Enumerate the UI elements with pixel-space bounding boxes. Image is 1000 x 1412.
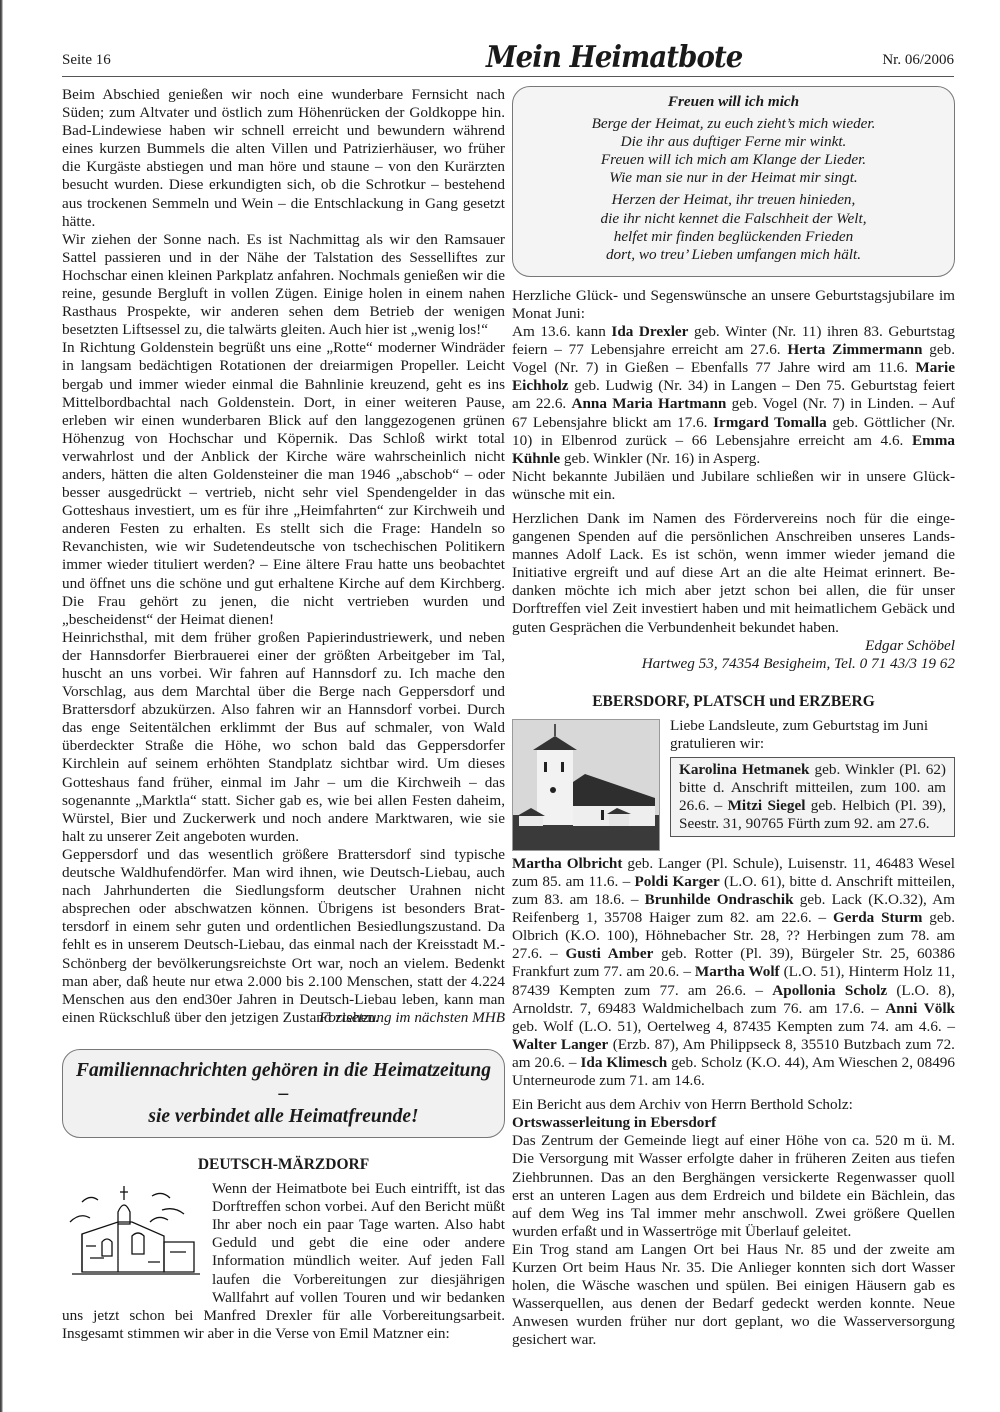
poem-line: helfet mir finden beglückenden Frieden bbox=[523, 228, 944, 246]
poem-box: Freuen will ich mich Berge der Heimat, z… bbox=[512, 86, 955, 277]
article-paragraph: Wir ziehen der Sonne nach. Es ist Nachmi… bbox=[62, 231, 505, 340]
person-name: Walter Langer bbox=[512, 1036, 608, 1053]
poem-stanza: Berge der Heimat, zu euch zieht’s mich w… bbox=[523, 115, 944, 187]
page-header: Seite 16 Mein Heimatbote Nr. 06/2006 bbox=[62, 48, 954, 77]
issue-number: Nr. 06/2006 bbox=[882, 52, 954, 69]
birthday-outro: Nicht bekannte Jubiläen und Jubilare sch… bbox=[512, 468, 955, 504]
person-name: Martha Wolf bbox=[695, 963, 780, 980]
masthead-logo: Mein Heimatbote bbox=[486, 40, 742, 75]
text: geb. Wolf (L.O. 51), Oertelweg 4, 87435 … bbox=[512, 1018, 955, 1035]
person-name: Poldi Karger bbox=[634, 873, 719, 890]
text: Am 13.6. kann bbox=[512, 323, 611, 340]
thanks-paragraph: Herzlichen Dank im Namen des Förderverei… bbox=[512, 510, 955, 637]
poem-stanza: Herzen der Heimat, ihr treuen hinieden, … bbox=[523, 191, 944, 263]
person-name: Gusti Amber bbox=[565, 945, 653, 962]
person-name: Anna Maria Hartmann bbox=[572, 395, 727, 412]
poem-line: Wie man sie nur in der Heimat mir singt. bbox=[523, 169, 944, 187]
signature-address: Hartweg 53, 74354 Besigheim, Tel. 0 71 4… bbox=[512, 655, 955, 673]
person-name: Martha Olbricht bbox=[512, 855, 622, 872]
article-paragraph: In Richtung Goldenstein begrüßt uns eine… bbox=[62, 339, 505, 629]
person-name: Apollonia Scholz bbox=[772, 982, 887, 999]
banner-line: Familiennachrichten gehören in die Heima… bbox=[71, 1059, 496, 1105]
person-name: Ida Klimesch bbox=[580, 1054, 667, 1071]
page-number: Seite 16 bbox=[62, 52, 111, 69]
poem-line: Freuen will ich mich am Klange der Liede… bbox=[523, 151, 944, 169]
article-paragraph: Beim Abschied genießen wir noch eine wun… bbox=[62, 86, 505, 231]
birthday-list-ebersdorf: Martha Olbricht geb. Langer (Pl. Schule)… bbox=[512, 855, 955, 1090]
text: geb. Winkler (Nr. 16) in Asperg. bbox=[560, 450, 760, 467]
archive-title-text: Ortswasserleitung in Ebersdorf bbox=[512, 1114, 716, 1131]
person-name: Brunhilde Ondraschik bbox=[645, 891, 794, 908]
signature-name: Edgar Schöbel bbox=[512, 637, 955, 655]
person-name: Anni Völk bbox=[885, 1000, 955, 1017]
poem-line: dort, wo treu’ Lieben umfangen mich hält… bbox=[523, 246, 944, 264]
person-name: Karolina Hetmanek bbox=[679, 761, 809, 778]
person-name: Ida Drexler bbox=[611, 323, 688, 340]
section-title-deutsch-maerzdorf: DEUTSCH-MÄRZDORF bbox=[62, 1156, 505, 1174]
article-paragraph: Heinrichsthal, mit dem früher großen Pap… bbox=[62, 629, 505, 846]
person-name: Ger­da Sturm bbox=[833, 909, 923, 926]
family-news-banner: Familiennachrichten gehören in die Heima… bbox=[62, 1049, 505, 1138]
right-column: Freuen will ich mich Berge der Heimat, z… bbox=[512, 86, 955, 1349]
archive-paragraph: Ein Trog stand am Langen Ort bei Haus Nr… bbox=[512, 1241, 955, 1350]
poem-title: Freuen will ich mich bbox=[523, 93, 944, 111]
person-name: Irmgard Tomalla bbox=[713, 414, 827, 431]
banner-line: sie verbindet alle Heimatfreunde! bbox=[71, 1105, 496, 1128]
highlight-box: Karolina Hetmanek geb. Winkler (Pl. 62) … bbox=[670, 757, 955, 837]
article-text: Geppersdorf und das wesentlich größere B… bbox=[62, 846, 505, 1026]
left-column: Beim Abschied genießen wir noch eine wun… bbox=[62, 86, 505, 1343]
chapel-sketch-icon bbox=[62, 1182, 202, 1287]
section-title-ebersdorf: EBERSDORF, PLATSCH und ERZBERG bbox=[512, 693, 955, 711]
person-name: Mitzi Siegel bbox=[728, 797, 806, 814]
church-photo bbox=[512, 719, 660, 851]
poem-line: die ihr nicht kennet die Falschheit der … bbox=[523, 210, 944, 228]
birthday-list: Am 13.6. kann Ida Drexler geb. Winter (N… bbox=[512, 323, 955, 468]
person-name: Herta Zimmermann bbox=[787, 341, 922, 358]
archive-paragraph: Das Zentrum der Gemeinde liegt auf einer… bbox=[512, 1132, 955, 1241]
poem-line: Berge der Heimat, zu euch zieht’s mich w… bbox=[523, 115, 944, 133]
birthday-intro: Herzliche Glück- und Segenswünsche an un… bbox=[512, 287, 955, 323]
article-paragraph: Geppersdorf und das wesentlich größere B… bbox=[62, 846, 505, 1027]
poem-line: Die ihr aus duftiger Ferne mir winkt. bbox=[523, 133, 944, 151]
archive-title: Ortswasserleitung in Ebersdorf bbox=[512, 1114, 955, 1132]
scan-edge bbox=[0, 0, 3, 1412]
archive-intro: Ein Bericht aus dem Archiv von Herrn Ber… bbox=[512, 1096, 955, 1114]
poem-line: Herzen der Heimat, ihr treuen hinieden, bbox=[523, 191, 944, 209]
